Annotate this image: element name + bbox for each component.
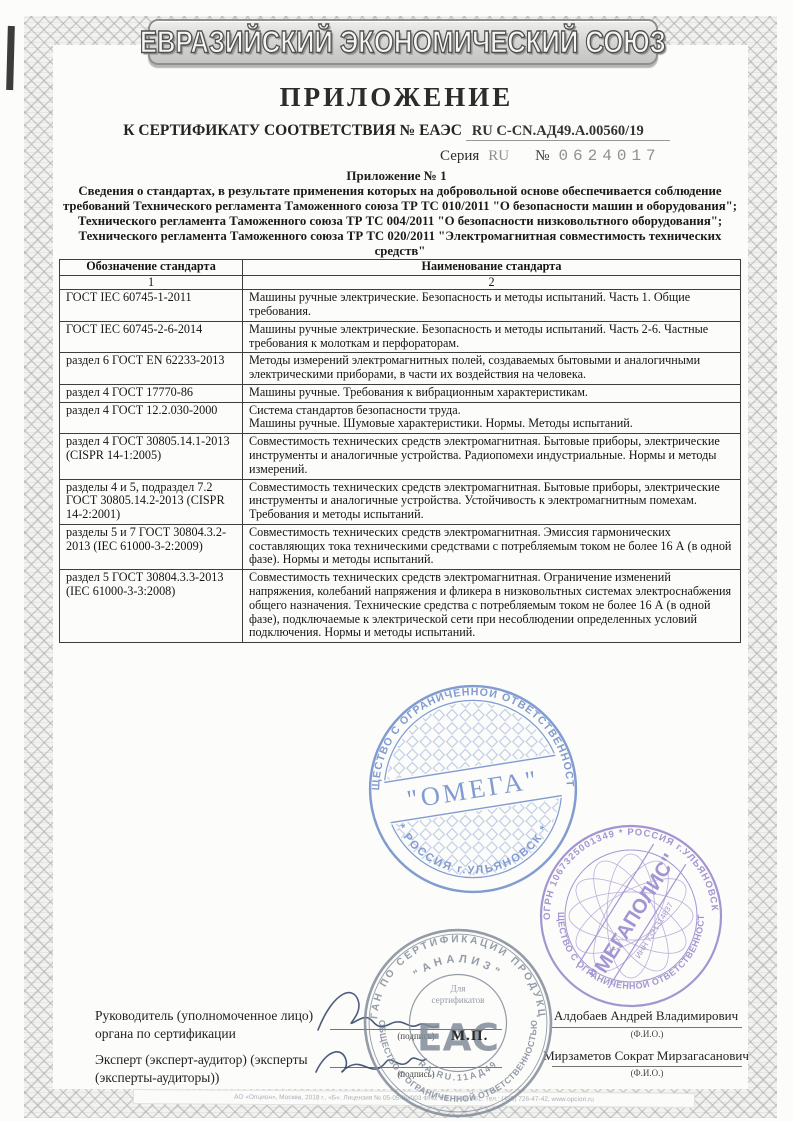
blank-number: 0624017 (558, 147, 660, 165)
col2-header: Наименование стандарта (243, 260, 741, 276)
certificate-reference-line: К СЕРТИФИКАТУ СООТВЕТСТВИЯ № ЕАЭС RU С-C… (40, 122, 753, 140)
eac-stamp-for-certs-line1: Для (451, 984, 467, 994)
standard-designation-cell: разделы 5 и 7 ГОСТ 30804.3.2-2013 (IEC 6… (60, 524, 243, 569)
scan-artifact (6, 26, 15, 90)
standard-name-cell: Совместимость технических средств электр… (243, 434, 741, 479)
series-label: Серия (440, 148, 479, 164)
table-row: ГОСТ IEC 60745-2-6-2014 Машины ручные эл… (60, 321, 741, 353)
table-header-row: Обозначение стандарта Наименование станд… (60, 260, 741, 276)
eac-stamp: ОРГАН ПО СЕРТИФИКАЦИИ ПРОДУКЦИИ * ОБЩЕСТ… (362, 927, 554, 1119)
certificate-reference-label: К СЕРТИФИКАТУ СООТВЕТСТВИЯ № ЕАЭС (123, 122, 462, 139)
standard-name-cell: Методы измерений электромагнитных полей,… (243, 353, 741, 385)
expert-name: Мирзаметов Сократ Мирзагасанович (538, 1048, 754, 1064)
standard-designation-cell: раздел 4 ГОСТ 30805.14.1-2013 (CISPR 14-… (60, 434, 243, 479)
col1-header: Обозначение стандарта (60, 260, 243, 276)
table-row: раздел 4 ГОСТ 17770-86 Машины ручные. Тр… (60, 384, 741, 402)
table-row: раздел 6 ГОСТ EN 62233-2013 Методы измер… (60, 353, 741, 385)
svg-text:"АНАЛИЗ": "АНАЛИЗ" (411, 953, 504, 980)
table-row: раздел 4 ГОСТ 30805.14.1-2013 (CISPR 14-… (60, 434, 741, 479)
col1-number: 1 (60, 275, 243, 289)
standard-designation-cell: ГОСТ IEC 60745-2-6-2014 (60, 321, 243, 353)
appendix-number-label: Приложение № 1 (0, 168, 793, 184)
table-numbering-row: 1 2 (60, 275, 741, 289)
certificate-appendix-page: ЕВРАЗИЙСКИЙ ЭКОНОМИЧЕСКИЙ СОЮЗ ПРИЛОЖЕНИ… (0, 0, 793, 1121)
table-row: разделы 5 и 7 ГОСТ 30804.3.2-2013 (IEC 6… (60, 524, 741, 569)
standard-designation-cell: раздел 4 ГОСТ 17770-86 (60, 384, 243, 402)
page-title: ПРИЛОЖЕНИЕ (0, 82, 793, 113)
standard-designation-cell: раздел 5 ГОСТ 30804.3.3-2013 (IEC 61000-… (60, 570, 243, 643)
standard-name-cell: Машины ручные. Требования к вибрационным… (243, 384, 741, 402)
certificate-number: RU С-CN.АД49.А.00560/19 (466, 123, 670, 141)
standard-designation-cell: ГОСТ IEC 60745-1-2011 (60, 290, 243, 322)
eaeu-banner-text: ЕВРАЗИЙСКИЙ ЭКОНОМИЧЕСКИЙ СОЮЗ (140, 24, 666, 60)
intro-paragraph: Сведения о стандартах, в результате прим… (56, 184, 744, 259)
eac-stamp-ring-top: ОРГАН ПО СЕРТИФИКАЦИИ ПРОДУКЦИИ (362, 927, 547, 1019)
eac-stamp-inner-top: "АНАЛИЗ" (411, 953, 504, 980)
standard-designation-cell: раздел 4 ГОСТ 12.2.030-2000 (60, 402, 243, 434)
fio-caption-2: (Ф.И.О.) (552, 1068, 742, 1078)
standard-designation-cell: разделы 4 и 5, подраздел 7.2 ГОСТ 30805.… (60, 479, 243, 524)
standards-table: Обозначение стандарта Наименование станд… (59, 259, 741, 643)
series-row: СерияRU№0624017 (440, 147, 661, 165)
table-row: разделы 4 и 5, подраздел 7.2 ГОСТ 30805.… (60, 479, 741, 524)
table-row: ГОСТ IEC 60745-1-2011 Машины ручные элек… (60, 290, 741, 322)
fio-line-2 (552, 1066, 742, 1067)
megapolis-stamp: ОГРН 1067325001349 * РОССИЯ г.УЛЬЯНОВСК … (536, 821, 726, 1011)
svg-text:ОРГАН ПО СЕРТИФИКАЦИИ ПРОДУКЦИ: ОРГАН ПО СЕРТИФИКАЦИИ ПРОДУКЦИИ (362, 927, 547, 1019)
standard-name-cell: Машины ручные электрические. Безопасност… (243, 321, 741, 353)
standard-name-cell: Система стандартов безопасности труда. М… (243, 402, 741, 434)
fio-caption-1: (Ф.И.О.) (552, 1029, 742, 1039)
number-sign: № (535, 148, 549, 164)
col2-number: 2 (243, 275, 741, 289)
series-value: RU (488, 148, 509, 164)
standard-name-cell: Совместимость технических средств электр… (243, 524, 741, 569)
table-row: раздел 5 ГОСТ 30804.3.3-2013 (IEC 61000-… (60, 570, 741, 643)
standard-name-cell: Машины ручные электрические. Безопасност… (243, 290, 741, 322)
fio-line-1 (552, 1027, 742, 1028)
role-head-of-body: Руководитель (уполномоченное лицо) орган… (95, 1007, 333, 1042)
standard-designation-cell: раздел 6 ГОСТ EN 62233-2013 (60, 353, 243, 385)
role-expert-auditor: Эксперт (эксперт-аудитор) (эксперты (экс… (95, 1051, 345, 1086)
table-row: раздел 4 ГОСТ 12.2.030-2000 Система стан… (60, 402, 741, 434)
standard-name-cell: Совместимость технических средств электр… (243, 570, 741, 643)
eaeu-banner: ЕВРАЗИЙСКИЙ ЭКОНОМИЧЕСКИЙ СОЮЗ (148, 19, 658, 65)
standard-name-cell: Совместимость технических средств электр… (243, 479, 741, 524)
mp-seal-place-label: М.П. (451, 1028, 488, 1045)
eac-stamp-for-certs-line2: сертификатов (432, 995, 485, 1005)
